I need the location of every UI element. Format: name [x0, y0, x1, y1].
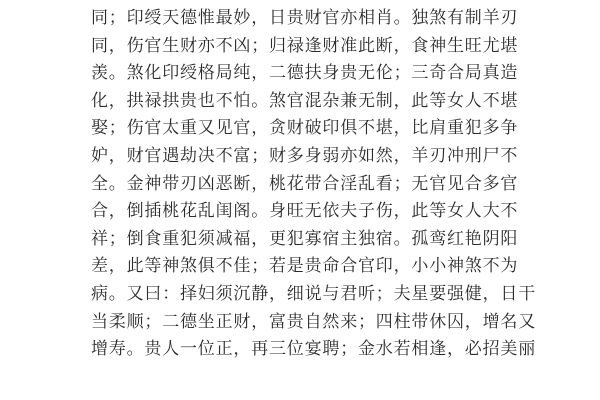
text-line-5: 娶；伤官太重又见官，贪财破印俱不堪，比肩重犯多争 — [91, 115, 511, 143]
text-line-9: 祥；倒食重犯须减福，更犯寡宿主独宿。孤鸾红艳阴阳 — [91, 226, 511, 254]
text-line-8: 合，倒插桃花乱闺阁。身旺无依夫子伤，此等女人大不 — [91, 198, 511, 226]
text-line-3: 羡。煞化印绶格局纯，二德扶身贵无伦；三奇合局真造 — [91, 60, 511, 88]
text-line-10: 差，此等神煞俱不佳；若是贵命合官印，小小神煞不为 — [91, 253, 511, 281]
text-line-12: 当柔顺；二德坐正财，富贵自然来；四柱带休囚，增名又 — [91, 309, 511, 337]
text-line-13: 增寿。贵人一位正，再三位宴聘；金水若相逢，必招美丽 — [91, 336, 511, 364]
document-page: 同；印绶天德惟最妙，日贵财官亦相肖。独煞有制羊刃 同，伤官生财亦不凶；归禄逢财准… — [0, 0, 600, 400]
document-text-block: 同；印绶天德惟最妙，日贵财官亦相肖。独煞有制羊刃 同，伤官生财亦不凶；归禄逢财准… — [91, 5, 511, 364]
text-line-1: 同；印绶天德惟最妙，日贵财官亦相肖。独煞有制羊刃 — [91, 5, 511, 33]
text-line-11: 病。又曰：择妇须沉静，细说与君听；夫星要强健，日干 — [91, 281, 511, 309]
text-line-7: 全。金神带刃凶恶断，桃花带合淫乱看；无官见合多官 — [91, 171, 511, 199]
text-line-4: 化，拱禄拱贵也不怕。煞官混杂兼无制，此等女人不堪 — [91, 88, 511, 116]
text-line-2: 同，伤官生财亦不凶；归禄逢财准此断，食神生旺尤堪 — [91, 33, 511, 61]
text-line-6: 妒，财官遇劫决不富；财多身弱亦如然，羊刃冲刑尸不 — [91, 143, 511, 171]
